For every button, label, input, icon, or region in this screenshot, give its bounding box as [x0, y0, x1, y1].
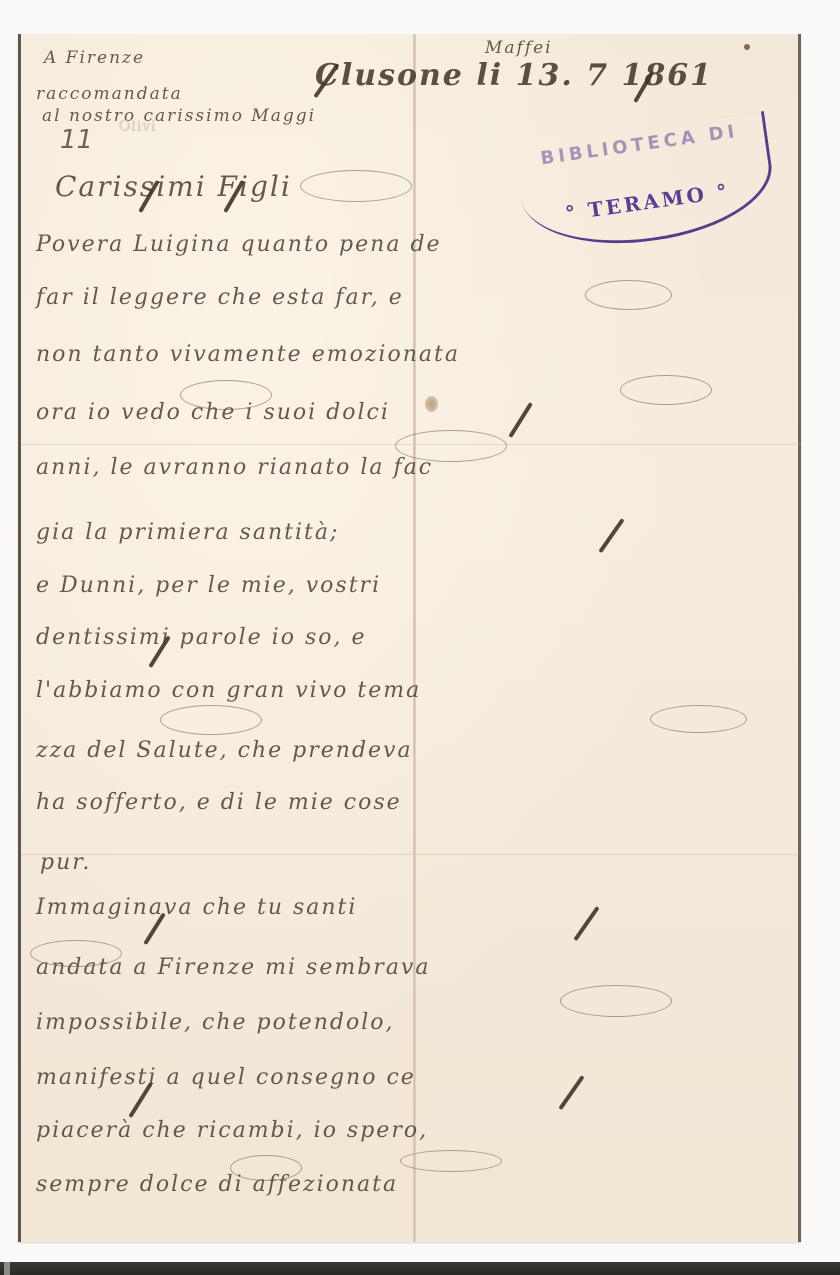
- place-date: Clusone li 13. 7 1861: [315, 58, 713, 93]
- letter-line: anni, le avranno rianato la fac: [36, 455, 433, 480]
- address-line-2: raccomandata: [36, 84, 183, 104]
- flourish: [395, 430, 507, 462]
- flourish: [230, 1155, 302, 1181]
- letter-line: manifesti a quel consegno ce: [36, 1065, 416, 1090]
- address-line-1: A Firenze: [44, 48, 145, 68]
- folio-number: 11: [60, 125, 93, 155]
- flourish: [30, 940, 122, 967]
- ink-stain: [425, 396, 438, 412]
- letter-line: piacerà che ricambi, io spero,: [36, 1118, 428, 1143]
- flourish: [300, 170, 412, 202]
- flourish: [560, 985, 672, 1017]
- letter-line: far il leggere che esta far, e: [36, 285, 404, 310]
- letter-line: sempre dolce di affezionata: [36, 1172, 398, 1197]
- letter-line: pur.: [40, 850, 91, 875]
- flourish: [585, 280, 672, 310]
- letter-line: Povera Luigina quanto pena de: [36, 232, 442, 257]
- letter-line: l'abbiamo con gran vivo tema: [36, 678, 421, 703]
- flourish: [180, 380, 272, 410]
- scanner-edge: [0, 1262, 840, 1275]
- letter-line: zza del Salute, che prendeva: [36, 738, 413, 763]
- letter-line: e Dunni, per le mie, vostri: [36, 573, 381, 598]
- letter-line: non tanto vivamente emozionata: [36, 342, 460, 367]
- letter-line: impossibile, che potendolo,: [36, 1010, 394, 1035]
- flourish: [620, 375, 712, 405]
- archive-annotation: Maffei: [485, 38, 553, 58]
- scanner-notch: [4, 1262, 10, 1275]
- flourish: [650, 705, 747, 733]
- embossed-mark: Olivi: [118, 118, 156, 134]
- stamp-city: ° TERAMO °: [540, 175, 755, 229]
- letter-line: gia la primiera santità;: [36, 520, 339, 545]
- flourish: [400, 1150, 502, 1172]
- letter-line: Immaginava che tu santi: [36, 895, 357, 920]
- ink-dot: [744, 44, 750, 50]
- salutation: Carissimi Figli: [55, 170, 292, 203]
- fold-line: [21, 854, 801, 855]
- flourish: [160, 705, 262, 735]
- letter-line: dentissimi parole io so, e: [36, 625, 366, 650]
- letter-line: ha sofferto, e di le mie cose: [36, 790, 402, 815]
- address-line-3: al nostro carissimo Maggi: [42, 106, 316, 126]
